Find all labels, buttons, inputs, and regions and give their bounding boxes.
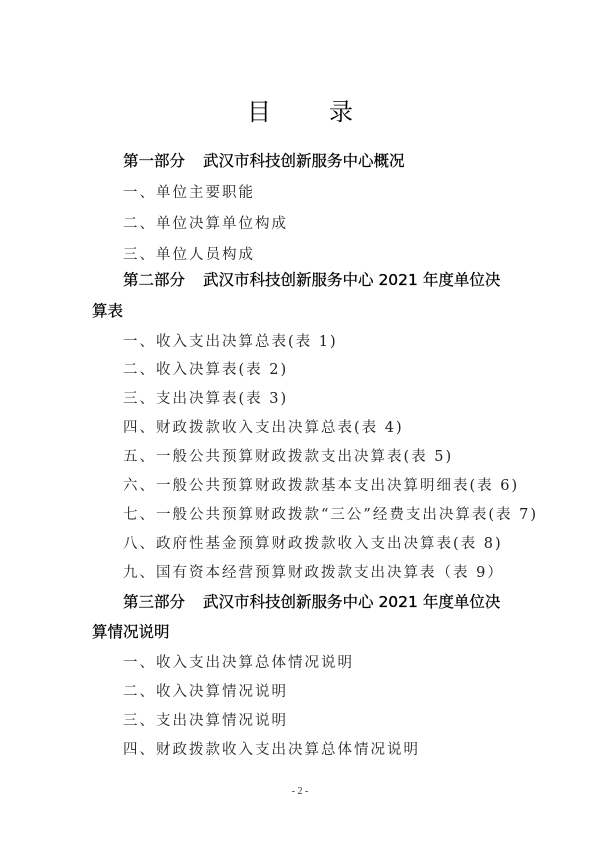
page-number: - 2 -	[0, 786, 600, 797]
toc-part2-item-9[interactable]: 九、国有资本经营预算财政拨款支出决算表（表 9）	[123, 563, 504, 583]
toc-part3-heading-cont[interactable]: 算情况说明	[92, 622, 170, 642]
toc-part3-item-4[interactable]: 四、财政拨款收入支出决算总体情况说明	[123, 740, 420, 760]
toc-part2-heading[interactable]: 第二部分武汉市科技创新服务中心 2021 年度单位决	[123, 270, 500, 290]
toc-part2-item-3[interactable]: 三、支出决算表(表 3)	[123, 389, 288, 409]
document-page: 目录 第一部分武汉市科技创新服务中心概况 一、单位主要职能 二、单位决算单位构成…	[0, 0, 600, 848]
toc-part3-item-3[interactable]: 三、支出决算情况说明	[123, 711, 288, 731]
toc-part2-item-5[interactable]: 五、一般公共预算财政拨款支出决算表(表 5)	[123, 447, 453, 467]
toc-part3-item-2[interactable]: 二、收入决算情况说明	[123, 682, 288, 702]
toc-part2-item-1[interactable]: 一、收入支出决算总表(表 1)	[123, 332, 338, 352]
toc-part1-heading[interactable]: 第一部分武汉市科技创新服务中心概况	[123, 151, 405, 171]
part3-label: 第三部分	[123, 593, 185, 611]
part2-title-line1: 武汉市科技创新服务中心 2021 年度单位决	[203, 271, 500, 289]
toc-part2-item-2[interactable]: 二、收入决算表(表 2)	[123, 360, 288, 380]
page-title: 目录	[0, 92, 600, 127]
toc-part2-heading-cont[interactable]: 算表	[92, 301, 123, 321]
toc-part2-item-4[interactable]: 四、财政拨款收入支出决算总表(表 4)	[123, 418, 404, 438]
toc-part1-item-3[interactable]: 三、单位人员构成	[123, 245, 255, 265]
toc-part1-item-1[interactable]: 一、单位主要职能	[123, 183, 255, 203]
title-char-2: 录	[329, 92, 353, 127]
title-char-1: 目	[247, 92, 271, 127]
toc-part2-item-7[interactable]: 七、一般公共预算财政拨款“三公”经费支出决算表(表 7)	[123, 505, 538, 525]
part2-label: 第二部分	[123, 271, 185, 289]
toc-part1-item-2[interactable]: 二、单位决算单位构成	[123, 214, 288, 234]
toc-part2-item-6[interactable]: 六、一般公共预算财政拨款基本支出决算明细表(表 6)	[123, 476, 519, 496]
part3-title-line1: 武汉市科技创新服务中心 2021 年度单位决	[203, 593, 500, 611]
toc-part2-item-8[interactable]: 八、政府性基金预算财政拨款收入支出决算表(表 8)	[123, 534, 503, 554]
toc-part3-heading[interactable]: 第三部分武汉市科技创新服务中心 2021 年度单位决	[123, 592, 500, 612]
part1-label: 第一部分	[123, 152, 185, 170]
toc-part3-item-1[interactable]: 一、收入支出决算总体情况说明	[123, 653, 354, 673]
part1-title: 武汉市科技创新服务中心概况	[203, 152, 405, 170]
